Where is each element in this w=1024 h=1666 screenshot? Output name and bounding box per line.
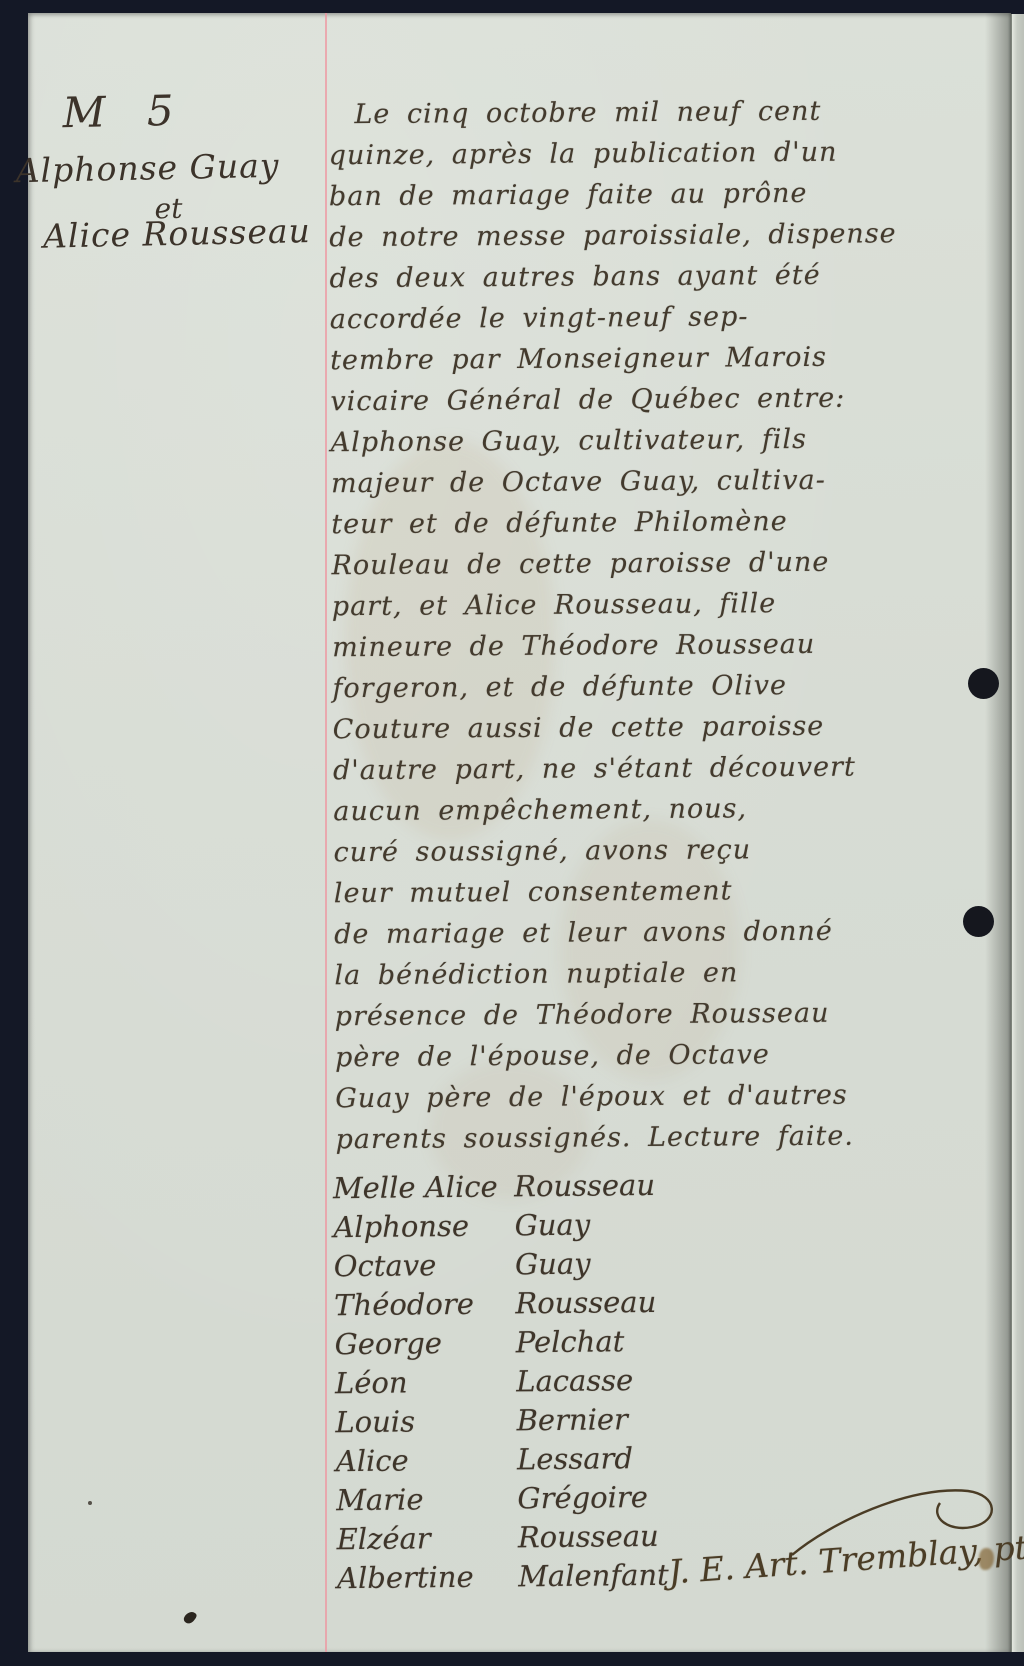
signature-surname: Pelchat xyxy=(516,1322,625,1362)
signature-given-name: Octave xyxy=(334,1245,506,1286)
signature-given-name: Alphonse xyxy=(333,1206,505,1247)
signature-surname: Bernier xyxy=(516,1400,628,1440)
manuscript-line: ban de mariage faite au prône xyxy=(329,172,975,218)
signature-given-name: Alice xyxy=(336,1440,508,1481)
manuscript-line: Le cinq octobre mil neuf cent xyxy=(328,90,974,136)
manuscript-line: Alphonse Guay, cultivateur, fils xyxy=(331,418,977,464)
margin-groom-name: Alphonse Guay xyxy=(15,145,332,191)
margin-rule-line xyxy=(325,13,327,1652)
signature-row: Alphonse Guay xyxy=(333,1202,953,1247)
signature-row: Théodore Rousseau xyxy=(334,1280,954,1325)
manuscript-body: Le cinq octobre mil neuf cent quinze, ap… xyxy=(328,90,981,1160)
manuscript-line: vicaire Général de Québec entre: xyxy=(330,377,976,423)
manuscript-line: Couture aussi de cette paroisse xyxy=(333,705,979,751)
scanned-register-photo: M 5 Alphonse Guay et Alice Rousseau Le c… xyxy=(0,0,1024,1666)
signature-given-name: Melle Alice xyxy=(333,1167,505,1208)
signature-row: Melle Alice Rousseau xyxy=(333,1163,953,1208)
signature-given-name: Albertine xyxy=(337,1557,509,1598)
signature-row: Octave Guay xyxy=(334,1241,954,1286)
ink-dot xyxy=(968,668,999,699)
manuscript-line: quinze, après la publication d'un xyxy=(329,131,975,177)
manuscript-line: accordée le vingt-neuf sep- xyxy=(330,295,976,341)
manuscript-line: majeur de Octave Guay, cultiva- xyxy=(331,459,977,505)
signature-row: George Pelchat xyxy=(334,1319,954,1364)
signature-surname: Lessard xyxy=(517,1439,633,1479)
manuscript-line: présence de Théodore Rousseau xyxy=(335,992,981,1038)
signature-given-name: Louis xyxy=(335,1401,507,1442)
manuscript-line: de mariage et leur avons donné xyxy=(334,910,980,956)
signature-row: Léon Lacasse xyxy=(335,1358,955,1403)
manuscript-line: curé soussigné, avons reçu xyxy=(333,828,979,874)
manuscript-line: teur et de défunte Philomène xyxy=(331,500,977,546)
signature-surname: Rousseau xyxy=(514,1166,655,1206)
signature-given-name: Elzéar xyxy=(336,1518,508,1559)
manuscript-line: mineure de Théodore Rousseau xyxy=(332,623,978,669)
signature-surname: Guay xyxy=(514,1206,590,1246)
manuscript-line: forgeron, et de défunte Olive xyxy=(332,664,978,710)
manuscript-line: tembre par Monseigneur Marois xyxy=(330,336,976,382)
signature-surname: Guay xyxy=(515,1245,591,1285)
manuscript-line: leur mutuel consentement xyxy=(334,869,980,915)
manuscript-line: père de l'épouse, de Octave xyxy=(335,1033,981,1079)
signature-row: Louis Bernier xyxy=(335,1397,955,1442)
ink-speck xyxy=(88,1501,92,1505)
entry-number: M 5 xyxy=(62,86,188,138)
manuscript-line: d'autre part, ne s'étant découvert xyxy=(333,746,979,792)
manuscript-line: de notre messe paroissiale, dispense xyxy=(329,213,975,259)
signature-surname: Rousseau xyxy=(518,1517,659,1557)
manuscript-line: la bénédiction nuptiale en xyxy=(334,951,980,997)
manuscript-line: aucun empêchement, nous, xyxy=(333,787,979,833)
signature-given-name: Marie xyxy=(336,1479,508,1520)
margin-bride-name: Alice Rousseau xyxy=(43,210,360,256)
signature-surname: Malenfant xyxy=(518,1556,669,1597)
manuscript-line: des deux autres bans ayant été xyxy=(329,254,975,300)
signature-given-name: Théodore xyxy=(334,1284,506,1325)
manuscript-line: part, et Alice Rousseau, fille xyxy=(332,582,978,628)
page-fold-shadow xyxy=(985,13,1011,1652)
signature-surname: Rousseau xyxy=(515,1283,656,1323)
signature-given-name: Léon xyxy=(335,1362,507,1403)
manuscript-line: Rouleau de cette paroisse d'une xyxy=(331,541,977,587)
signature-row: Alice Lessard xyxy=(336,1436,956,1481)
manuscript-line: parents soussignés. Lecture faite. xyxy=(335,1115,981,1161)
manuscript-line: Guay père de l'époux et d'autres xyxy=(335,1074,981,1120)
signature-surname: Lacasse xyxy=(516,1361,633,1401)
signature-surname: Grégoire xyxy=(517,1478,648,1518)
signature-given-name: George xyxy=(334,1323,506,1364)
ink-dot xyxy=(963,906,994,937)
adjacent-page-edge xyxy=(1011,14,1024,1652)
